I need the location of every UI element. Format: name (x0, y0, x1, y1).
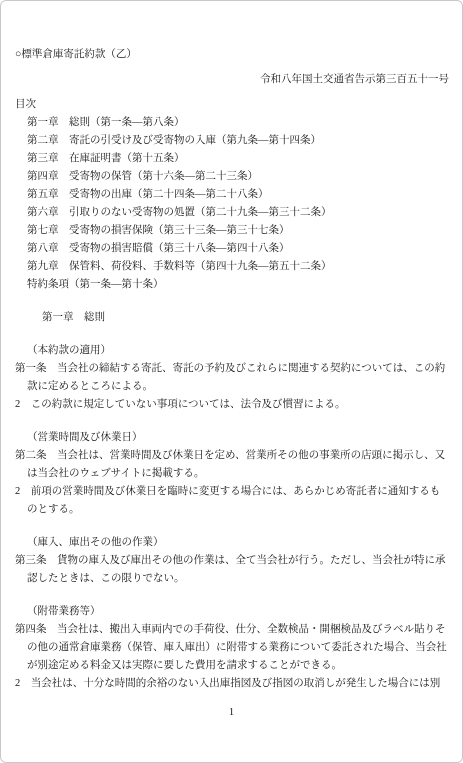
toc-item: 第六章 引取りのない受寄物の処置（第二十九条―第三十二条） (15, 204, 449, 222)
article-caption: （本約款の適用） (15, 342, 449, 360)
article-caption: （庫入、庫出その他の作業） (15, 534, 449, 552)
page-number: 1 (1, 704, 462, 722)
paragraph-text: 2 当会社は、十分な時間的余裕のない入出庫指図及び指図の取消しが発生した場合には… (15, 675, 449, 693)
article-text: 第一条 当会社の締結する寄託、寄託の予約及びこれらに関連する契約については、この… (15, 360, 449, 378)
article-text-continued: の他の通常倉庫業務（保管、庫入庫出）に附帯する業務について委託された場合、当会社 (15, 639, 449, 657)
toc-item: 第五章 受寄物の出庫（第二十四条―第二十八条） (15, 186, 449, 204)
toc-item: 第八章 受寄物の損害賠償（第三十八条―第四十八条） (15, 240, 449, 258)
toc-item: 第九章 保管料、荷役料、手数料等（第四十九条―第五十二条） (15, 258, 449, 276)
document-title: ○標準倉庫寄託約款（乙） (15, 46, 449, 64)
toc-item: 第二章 寄託の引受け及び受寄物の入庫（第九条―第十四条） (15, 132, 449, 150)
article-text-continued: のとする。 (15, 501, 449, 519)
article-text-continued: 認したときは、この限りでない。 (15, 570, 449, 588)
toc-item: 第三章 在庫証明書（第十五条） (15, 150, 449, 168)
toc-heading: 目次 (15, 96, 449, 114)
paragraph-text: 2 前項の営業時間及び休業日を臨時に変更する場合には、あらかじめ寄託者に通知する… (15, 483, 449, 501)
article-text-continued: は当会社のウェブサイトに掲載する。 (15, 465, 449, 483)
document-body: ○標準倉庫寄託約款（乙）令和八年国土交通省告示第三百五十一号目次第一章 総則（第… (1, 1, 462, 693)
article-text: 第三条 貨物の庫入及び庫出その他の作業は、全て当会社が行う。ただし、当会社が特に… (15, 552, 449, 570)
toc-item: 第四章 受寄物の保管（第十六条―第二十三条） (15, 168, 449, 186)
toc-item: 特約条項（第一条―第十条） (15, 276, 449, 294)
chapter-heading: 第一章 総則 (15, 309, 449, 327)
article-caption: （附帯業務等） (15, 603, 449, 621)
article-text-continued: が別途定める料金又は実際に要した費用を請求することができる。 (15, 657, 449, 675)
toc-item: 第一章 総則（第一条―第八条） (15, 114, 449, 132)
article-caption: （営業時間及び休業日） (15, 429, 449, 447)
paragraph-text: 2 この約款に規定していない事項については、法令及び慣習による。 (15, 396, 449, 414)
article-text: 第四条 当会社は、搬出入車両内での手荷役、仕分、全数検品・開梱検品及びラベル貼り… (15, 621, 449, 639)
toc-item: 第七章 受寄物の損害保険（第三十三条―第三十七条） (15, 222, 449, 240)
article-text-continued: 款に定めるところによる。 (15, 378, 449, 396)
article-text: 第二条 当会社は、営業時間及び休業日を定め、営業所その他の事業所の店頭に掲示し、… (15, 447, 449, 465)
document-page: ○標準倉庫寄託約款（乙）令和八年国土交通省告示第三百五十一号目次第一章 総則（第… (0, 0, 463, 763)
gazette-number: 令和八年国土交通省告示第三百五十一号 (15, 71, 449, 89)
